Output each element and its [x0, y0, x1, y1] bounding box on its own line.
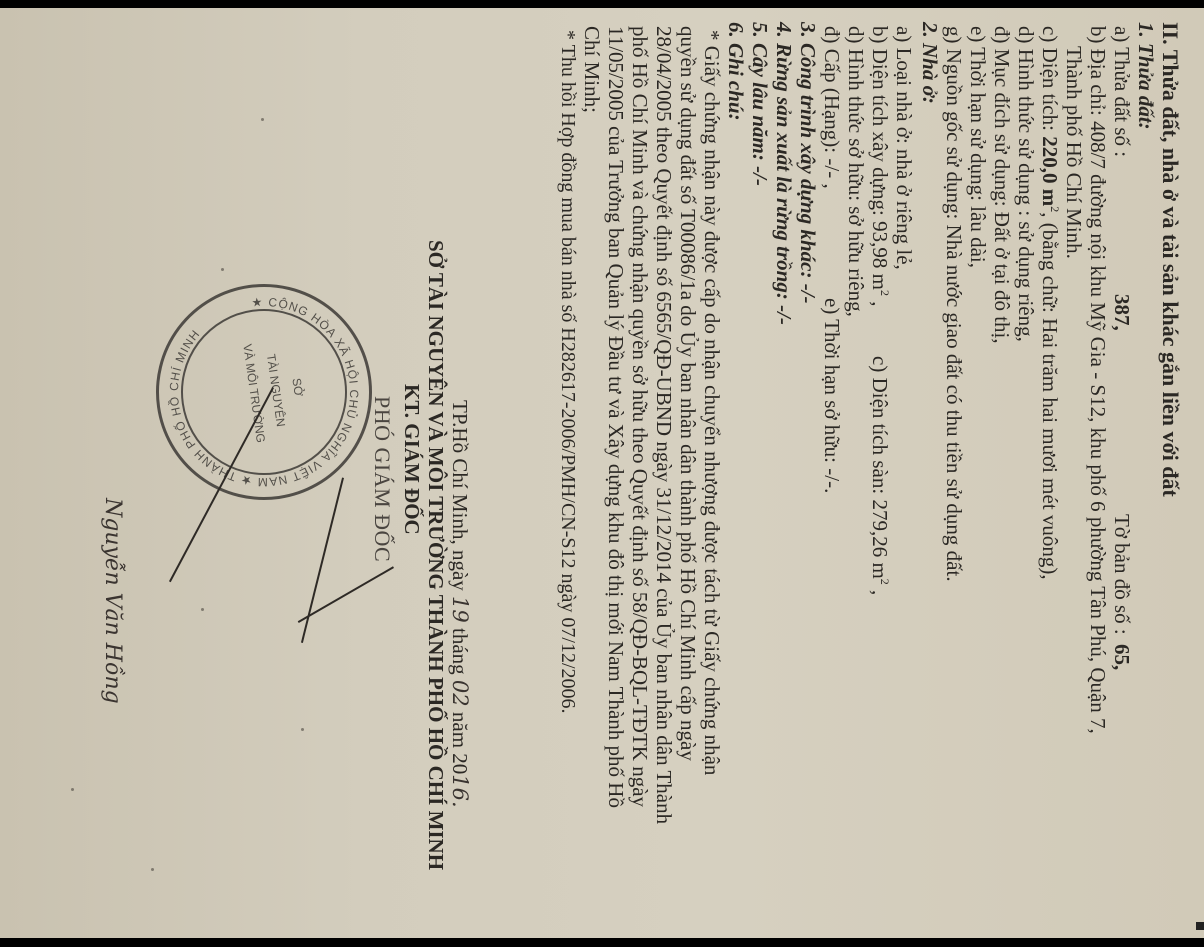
note2: * Thu hồi Hợp đồng mua bán nhà số H28261… [556, 30, 580, 714]
signature-stroke [301, 478, 344, 643]
date-prefix: TP.Hồ Chí Minh, ngày [448, 400, 472, 591]
area-words: , (bằng chữ: Hai trăm hai mươi mét vuông… [1038, 212, 1062, 579]
parcel-number-row: a) Thửa đất số : 387, Tờ bản đồ số : 65, [1110, 26, 1134, 157]
stamp-line2: TÀI NGUYÊN [256, 324, 296, 456]
stamp-ring-textpath: ★ CỘNG HÒA XÃ HỘI CHỦ NGHĨA VIỆT NAM ★ T… [153, 282, 374, 502]
speck [151, 868, 154, 871]
date-line: TP.Hồ Chí Minh, ngày 19 tháng 02 năm 201… [448, 400, 472, 808]
photo-frame: II. Thửa đất, nhà ở và tài sản khác gắn … [0, 0, 1204, 947]
usage-form: d) Hình thức sử dụng : sử dụng riêng, [1014, 26, 1038, 342]
date-month-label: tháng [448, 628, 472, 675]
certificate-page-rotated: II. Thửa đất, nhà ở và tài sản khác gắn … [0, 8, 1204, 938]
map-sheet-label: Tờ bản đồ số : [1110, 514, 1134, 635]
parcel-label: a) Thửa đất số : [1110, 26, 1134, 157]
other-works: 3. Công trình xây dựng khác: -/- [796, 22, 820, 304]
area-row: c) Diện tích: 220,0 m2, (bằng chữ: Hai t… [1038, 26, 1062, 580]
forest: 4. Rừng sản xuất là rừng trồng: -/- [772, 22, 796, 325]
house-area-row: b) Diện tích xây dựng: 93,98 m2 , c) Diệ… [868, 26, 892, 306]
map-sheet-number: 65, [1110, 644, 1134, 670]
perennial-trees: 5. Cây lâu năm: -/- [748, 22, 772, 186]
speck [71, 788, 74, 791]
ownership-form: d) Hình thức sở hữu: sở hữu riêng, [844, 26, 868, 317]
floor-area-tail: , [868, 585, 892, 596]
signer-name: Nguyễn Văn Hồng [100, 498, 124, 704]
note1-line2: quyền sử dụng đất số T00086/1a do Ủy ban… [676, 26, 700, 761]
note1-line1: * Giấy chứng nhận này được cấp do nhận c… [700, 30, 724, 775]
document-paper: II. Thửa đất, nhà ở và tài sản khác gắn … [0, 8, 1204, 938]
speck [201, 608, 204, 611]
build-area-tail: , [868, 296, 892, 307]
floor-area-group: c) Diện tích sàn: 279,26 m2 , [868, 356, 892, 595]
date-day: 19 [448, 596, 472, 623]
date-year-label: năm 20 [448, 712, 472, 774]
svg-text:★ CỘNG HÒA XÃ HỘI CHỦ NGHĨA VI: ★ CỘNG HÒA XÃ HỘI CHỦ NGHĨA VIỆT NAM ★ T… [153, 282, 374, 502]
parcel-number: 387, [1110, 294, 1134, 331]
address-label: b) Địa chỉ: [1086, 26, 1110, 116]
stamp-ring-text: ★ CỘNG HÒA XÃ HỘI CHỦ NGHĨA VIỆT NAM ★ T… [145, 273, 382, 510]
usage-term: e) Thời hạn sử dụng: lâu dài, [966, 26, 990, 268]
date-year-suffix: 16. [448, 774, 472, 807]
on-behalf-title: KT. GIÁM ĐỐC [400, 384, 424, 535]
edge-mark [1196, 922, 1204, 930]
area-label: c) Diện tích: [1038, 26, 1062, 131]
note1-line6: Chí Minh; [580, 26, 604, 113]
note1-line3: 28/04/2005 theo Quyết định số 6565/QĐ-UB… [652, 26, 676, 824]
area-value: 220,0 m [1038, 136, 1062, 206]
section-title: II. Thửa đất, nhà ở và tài sản khác gắn … [1158, 22, 1182, 497]
notes-heading: 6. Ghi chú: [724, 22, 748, 121]
ownership-term: e) Thời hạn sở hữu: -/-. [820, 298, 844, 493]
speck [301, 728, 304, 731]
grade-row: đ) Cấp (Hạng): -/- , e) Thời hạn sở hữu:… [820, 26, 844, 189]
note1-line5: 11/05/2005 của Trưởng ban Quản lý Đầu tư… [604, 26, 628, 808]
house-grade: đ) Cấp (Hạng): -/- , [820, 26, 844, 189]
speck [221, 268, 224, 271]
land-heading: 1. Thửa đất: [1134, 22, 1158, 130]
note1-line4: phố Hồ Chí Minh và chứng nhận quyền sở h… [628, 26, 652, 807]
build-area: b) Diện tích xây dựng: 93,98 m [868, 26, 892, 290]
address-line1: 408/7 đường nội khu Mỹ Gia - S12, khu ph… [1086, 121, 1110, 734]
stamp-line1: SỞ [278, 321, 318, 453]
floor-area: c) Diện tích sàn: 279,26 m [868, 356, 892, 579]
department-name: SỞ TÀI NGUYÊN VÀ MÔI TRƯỜNG THÀNH PHỐ HỒ… [424, 240, 448, 870]
official-stamp: SỞ TÀI NGUYÊN VÀ MÔI TRƯỜNG ★ CỘNG HÒA X… [142, 270, 386, 514]
speck [261, 118, 264, 121]
house-type: a) Loại nhà ở: nhà ở riêng lẻ, [892, 26, 916, 270]
date-month: 02 [448, 680, 472, 707]
usage-purpose: đ) Mục đích sử dụng: Đất ở tại đô thị, [990, 26, 1014, 344]
address-row: b) Địa chỉ: 408/7 đường nội khu Mỹ Gia -… [1086, 26, 1110, 734]
house-heading: 2. Nhà ở: [918, 22, 942, 104]
address-line2: Thành phố Hồ Chí Minh. [1062, 46, 1086, 259]
usage-origin: g) Nguồn gốc sử dụng: Nhà nước giao đất … [942, 26, 966, 582]
